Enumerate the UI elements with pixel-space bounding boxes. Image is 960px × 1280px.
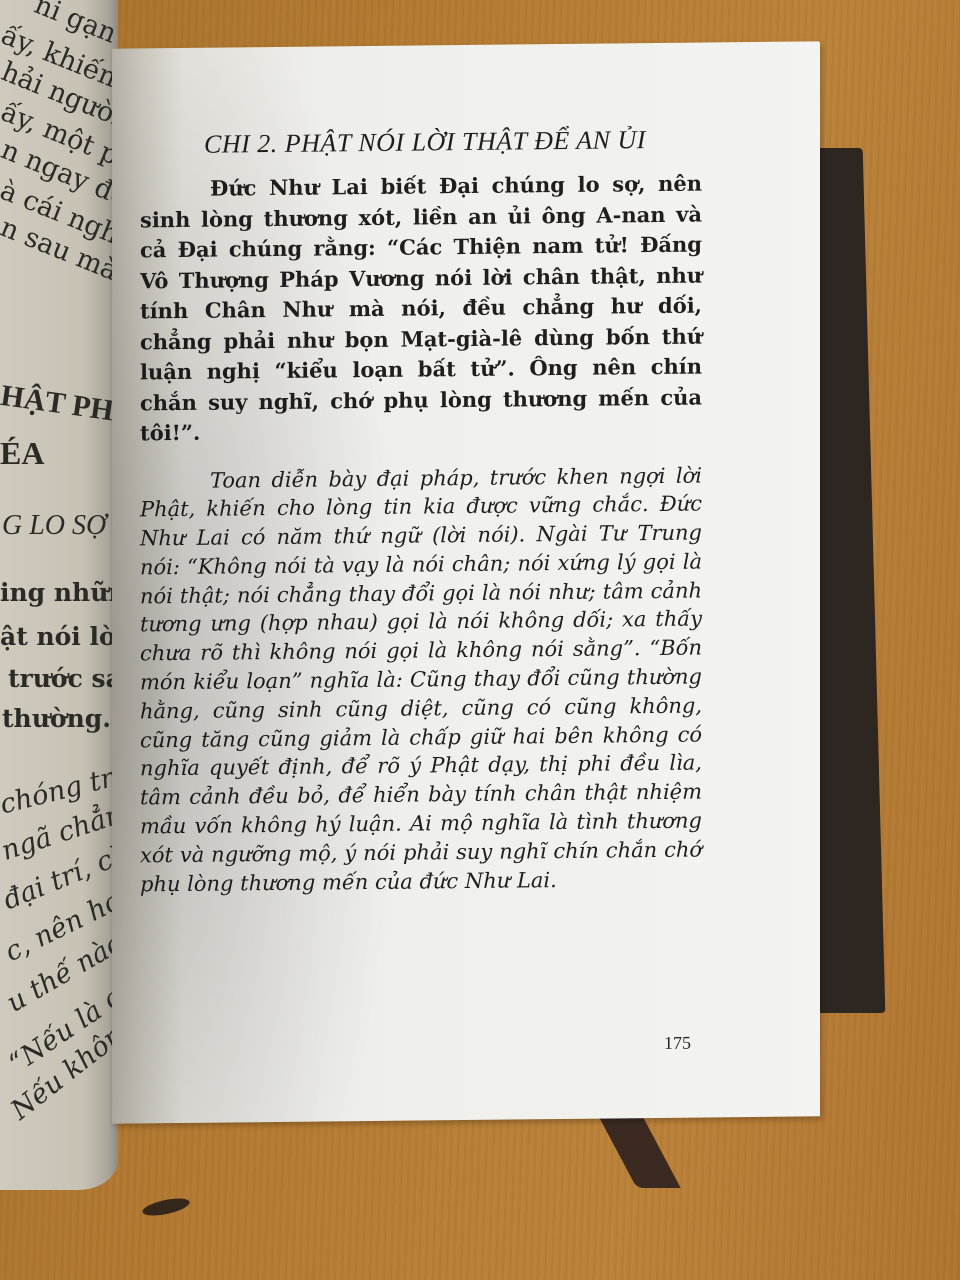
left-page-line: trước sau th [8, 664, 118, 693]
chapter-title: CHI 2. PHẬT NÓI LỜI THẬT ĐỂ AN ỦI [204, 125, 702, 160]
left-page-line: ing những vị [0, 578, 118, 607]
sutra-paragraph: Đức Như Lai biết Đại chúng lo sợ, nên si… [140, 169, 702, 449]
page-content: CHI 2. PHẬT NÓI LỜI THẬT ĐỂ AN ỦI Đức Nh… [140, 125, 702, 899]
left-page-heading: HẬT PHÁT M [0, 379, 118, 439]
left-page-line: thường. [2, 704, 111, 733]
left-page-heading: ÉA [0, 435, 44, 472]
left-page-subheading: G LO SỢ [2, 510, 106, 542]
right-page: CHI 2. PHẬT NÓI LỜI THẬT ĐỂ AN ỦI Đức Nh… [112, 41, 820, 1123]
commentary-paragraph: Toan diễn bày đại pháp, trước khen ngợi … [140, 461, 702, 899]
left-page: ni gạn cùng ấy, khiến cho hải người nào … [0, 0, 118, 1190]
page-number: 175 [664, 1033, 691, 1054]
left-page-line: ật nói lời này [0, 622, 118, 651]
